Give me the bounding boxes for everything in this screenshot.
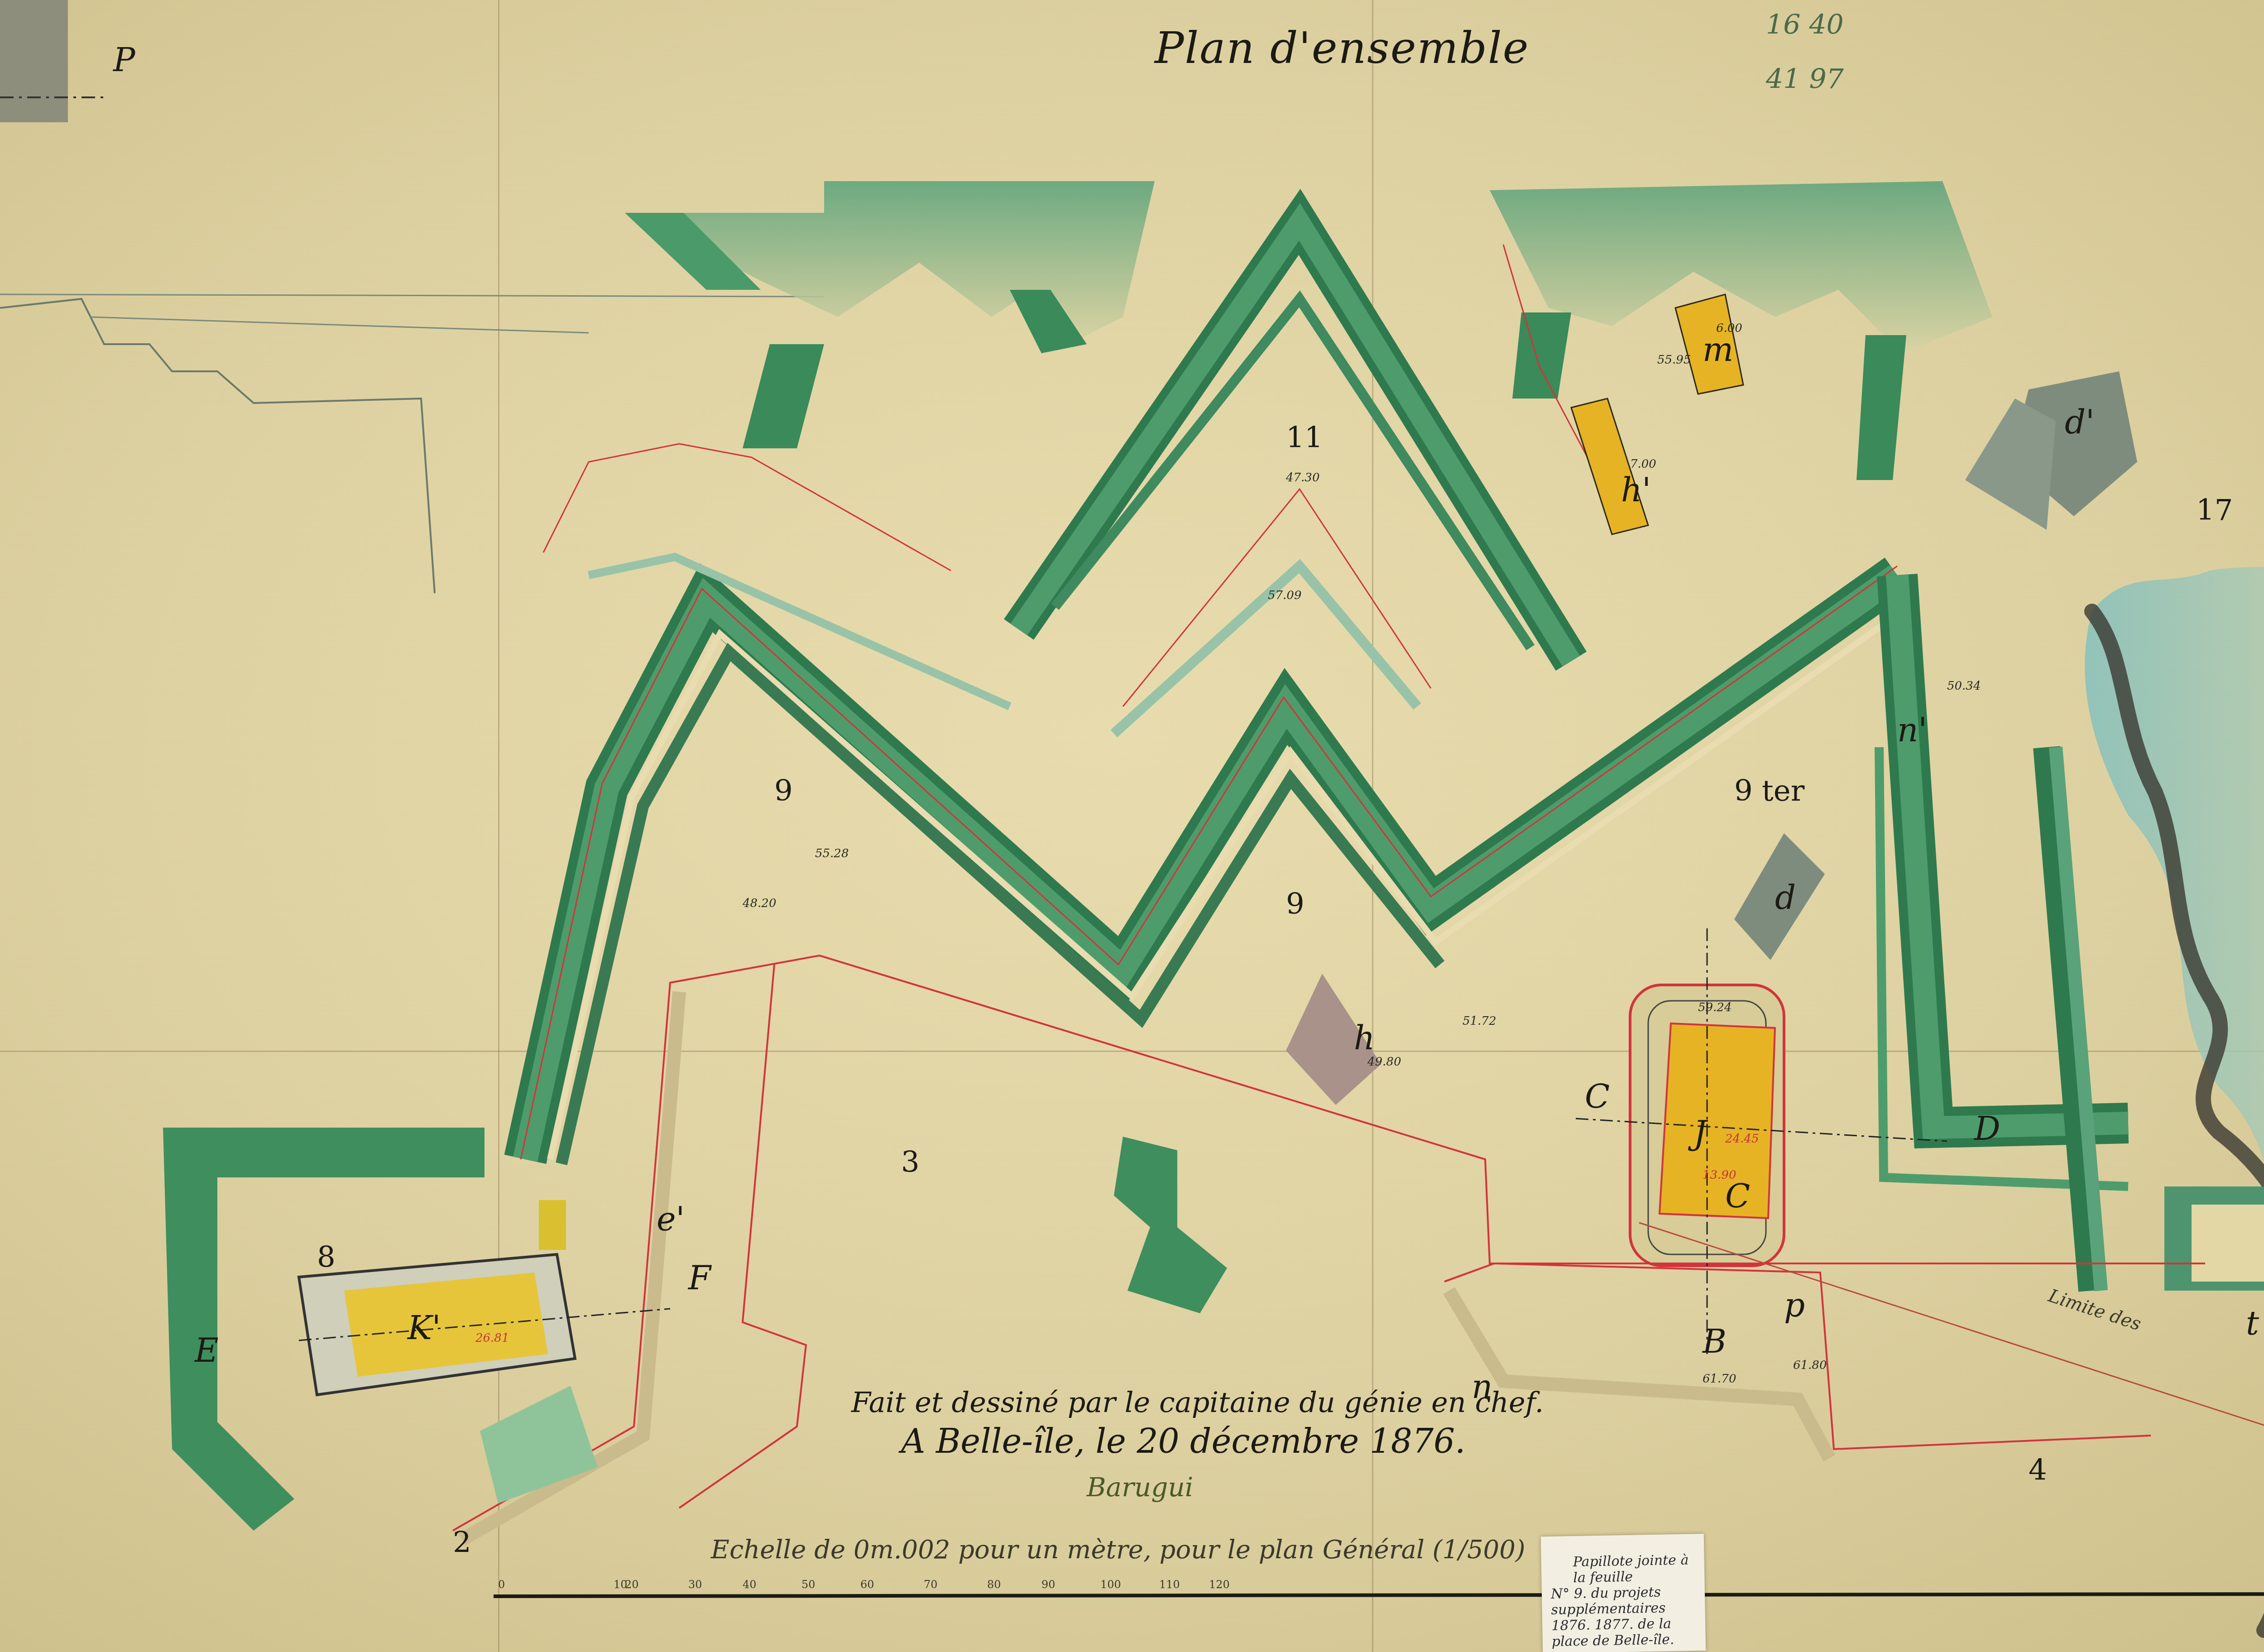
elevation-label: 59.24 (1698, 1001, 1732, 1014)
scale-tick: 40 (743, 1578, 757, 1591)
zone-number-2: 2 (453, 1526, 471, 1560)
dimension-label: 6.00 (1716, 322, 1742, 335)
attached-note-slip: Papillote jointe à la feuille N° 9. du p… (1541, 1534, 1706, 1652)
building-n-prime: n' (1897, 711, 1927, 749)
building-p: p (1784, 1286, 1805, 1324)
scale-tick: 0 (498, 1578, 505, 1591)
building-h-prime: h' (1621, 471, 1651, 509)
section-marker-f: F (688, 1259, 711, 1297)
building-d-prime: d' (2065, 403, 2095, 441)
building-e-prime: e' (657, 1200, 685, 1238)
building-k-prime: K' (408, 1309, 441, 1347)
dimension-label: 7.00 (1630, 457, 1656, 471)
scale-tick: 70 (924, 1578, 938, 1591)
elevation-label: 51.72 (1463, 1014, 1496, 1028)
elevation-label: 55.28 (815, 847, 849, 860)
elevation-label: 55.95 (1657, 353, 1691, 367)
building-t: t (2246, 1304, 2259, 1342)
zone-number-8: 8 (317, 1241, 336, 1274)
zone-number-3: 3 (901, 1146, 920, 1179)
zone-number-11: 11 (1286, 421, 1323, 455)
section-marker-c-inner: C (1725, 1177, 1750, 1215)
scale-tick: 30 (688, 1578, 702, 1591)
elevation-label: 49.80 (1367, 1055, 1401, 1069)
scale-tick: 50 (801, 1578, 815, 1591)
section-marker-b: B (1703, 1322, 1727, 1360)
place-date: A Belle-île, le 20 décembre 1876. (901, 1422, 1466, 1461)
pencil-annotation-top: 16 40 (1766, 9, 1844, 41)
building-m: m (1703, 331, 1733, 369)
note-line: N° 9. du projets supplémentaires (1551, 1584, 1705, 1618)
signature: Barugui (1087, 1472, 1193, 1503)
building-h: h (1354, 1019, 1375, 1057)
scale-tick: 120 (1209, 1578, 1230, 1591)
elevation-label: 50.34 (1947, 679, 1981, 693)
scale-tick: 90 (1041, 1578, 1055, 1591)
pencil-annotation-bottom: 41 97 (1766, 63, 1844, 95)
zone-number-9-left: 9 (774, 774, 793, 808)
dimension-label: 26.81 (475, 1331, 509, 1345)
zone-number-4: 4 (2029, 1454, 2047, 1487)
section-marker-p: P (113, 41, 135, 79)
dimension-label: 13.90 (1703, 1168, 1736, 1182)
zone-number-9-ter: 9 ter (1734, 774, 1804, 808)
elevation-label: 61.80 (1793, 1359, 1827, 1372)
elevation-label: 57.09 (1268, 589, 1301, 602)
zone-number-9-center: 9 (1286, 888, 1305, 921)
note-line: 1876. 1877. de la place de Belle-île. (1551, 1615, 1706, 1650)
scale-caption: Echelle de 0m.002 pour un mètre, pour le… (711, 1535, 1525, 1565)
section-marker-d: D (1974, 1109, 2000, 1148)
scale-tick: 80 (987, 1578, 1001, 1591)
elevation-label: 61.70 (1703, 1372, 1736, 1386)
map-sheet: Plan d'ensemble 16 40 41 97 P C C B D E … (0, 0, 2264, 1652)
scale-tick: 20 (625, 1578, 639, 1591)
zone-number-17: 17 (2196, 494, 2233, 527)
note-line: Papillote jointe à la feuille (1573, 1552, 1704, 1586)
credit-line: Fait et dessiné par le capitaine du géni… (851, 1386, 1544, 1419)
section-marker-c: C (1585, 1078, 1610, 1116)
scale-tick: 60 (860, 1578, 874, 1591)
elevation-label: 48.20 (743, 897, 776, 910)
scale-tick: 110 (1159, 1578, 1180, 1591)
scale-bar (494, 1594, 2264, 1596)
dimension-label: 24.45 (1725, 1132, 1759, 1146)
grey-block (0, 0, 68, 122)
map-title: Plan d'ensemble (1155, 23, 1529, 73)
section-marker-e: E (195, 1331, 219, 1369)
scale-tick: 100 (1100, 1578, 1121, 1591)
building-j: J (1693, 1114, 1707, 1152)
building-d: d (1775, 879, 1796, 917)
elevation-label: 47.30 (1286, 471, 1319, 485)
